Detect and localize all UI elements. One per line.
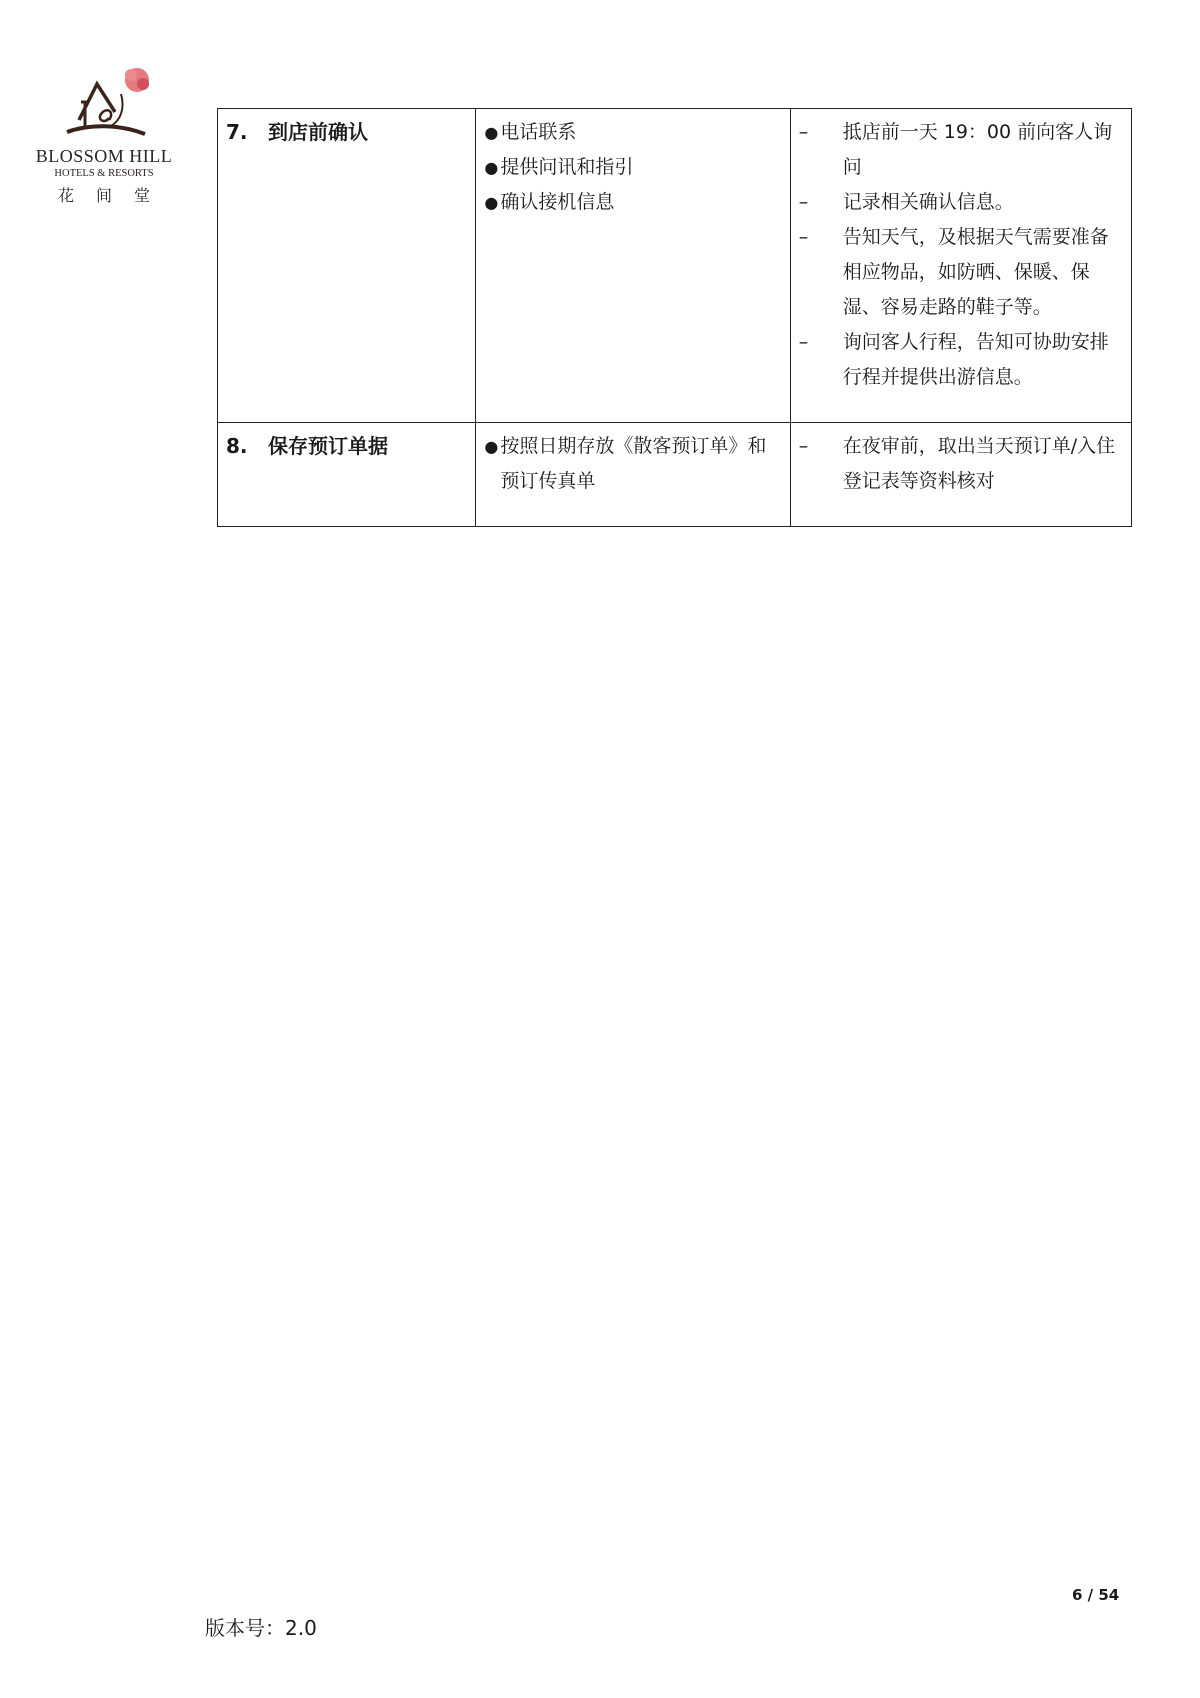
dash-icon: – xyxy=(799,115,843,185)
list-item: –告知天气，及根据天气需要准备相应物品，如防晒、保暖、保湿、容易走路的鞋子等。 xyxy=(799,220,1123,325)
list-item: –记录相关确认信息。 xyxy=(799,185,1123,220)
step-cell: 8.保存预订单据 xyxy=(218,423,476,527)
step-number: 8. xyxy=(226,429,268,464)
bullet-icon: ● xyxy=(484,115,500,150)
dash-icon: – xyxy=(799,185,843,220)
actions-cell: ●按照日期存放《散客预订单》和预订传真单 xyxy=(476,423,790,527)
bullet-icon: ● xyxy=(484,185,500,220)
step-cell: 7.到店前确认 xyxy=(218,109,476,423)
dash-icon: – xyxy=(799,220,843,325)
step-title: 到店前确认 xyxy=(268,120,368,144)
list-item: –询问客人行程，告知可协助安排行程并提供出游信息。 xyxy=(799,325,1123,395)
list-item: ●按照日期存放《散客预订单》和预订传真单 xyxy=(484,429,781,499)
notes-cell: –在夜审前，取出当天预订单/入住登记表等资料核对 xyxy=(790,423,1131,527)
brand-chinese-name: 花间堂 xyxy=(24,183,184,206)
version-number: 版本号：2.0 xyxy=(205,1612,317,1641)
list-item: ●提供问讯和指引 xyxy=(484,150,781,185)
brand-subtitle: HOTELS & RESORTS xyxy=(24,168,184,179)
bullet-icon: ● xyxy=(484,429,500,499)
list-item: –在夜审前，取出当天预订单/入住登记表等资料核对 xyxy=(799,429,1123,499)
table-row: 7.到店前确认 ●电话联系 ●提供问讯和指引 ●确认接机信息 –抵店前一天 19… xyxy=(218,109,1132,423)
house-flower-logo-icon xyxy=(49,62,159,144)
procedure-table: 7.到店前确认 ●电话联系 ●提供问讯和指引 ●确认接机信息 –抵店前一天 19… xyxy=(217,108,1132,527)
step-title: 保存预订单据 xyxy=(268,434,388,458)
list-item: ●确认接机信息 xyxy=(484,185,781,220)
table-row: 8.保存预订单据 ●按照日期存放《散客预订单》和预订传真单 –在夜审前，取出当天… xyxy=(218,423,1132,527)
list-item: ●电话联系 xyxy=(484,115,781,150)
company-logo: BLOSSOM HILL HOTELS & RESORTS 花间堂 xyxy=(24,62,184,206)
brand-name: BLOSSOM HILL xyxy=(24,146,184,167)
bullet-icon: ● xyxy=(484,150,500,185)
page-number: 6 / 54 xyxy=(1072,1586,1119,1604)
dash-icon: – xyxy=(799,429,843,499)
list-item: –抵店前一天 19：00 前向客人询问 xyxy=(799,115,1123,185)
step-number: 7. xyxy=(226,115,268,150)
notes-cell: –抵店前一天 19：00 前向客人询问 –记录相关确认信息。 –告知天气，及根据… xyxy=(790,109,1131,423)
actions-cell: ●电话联系 ●提供问讯和指引 ●确认接机信息 xyxy=(476,109,790,423)
dash-icon: – xyxy=(799,325,843,395)
